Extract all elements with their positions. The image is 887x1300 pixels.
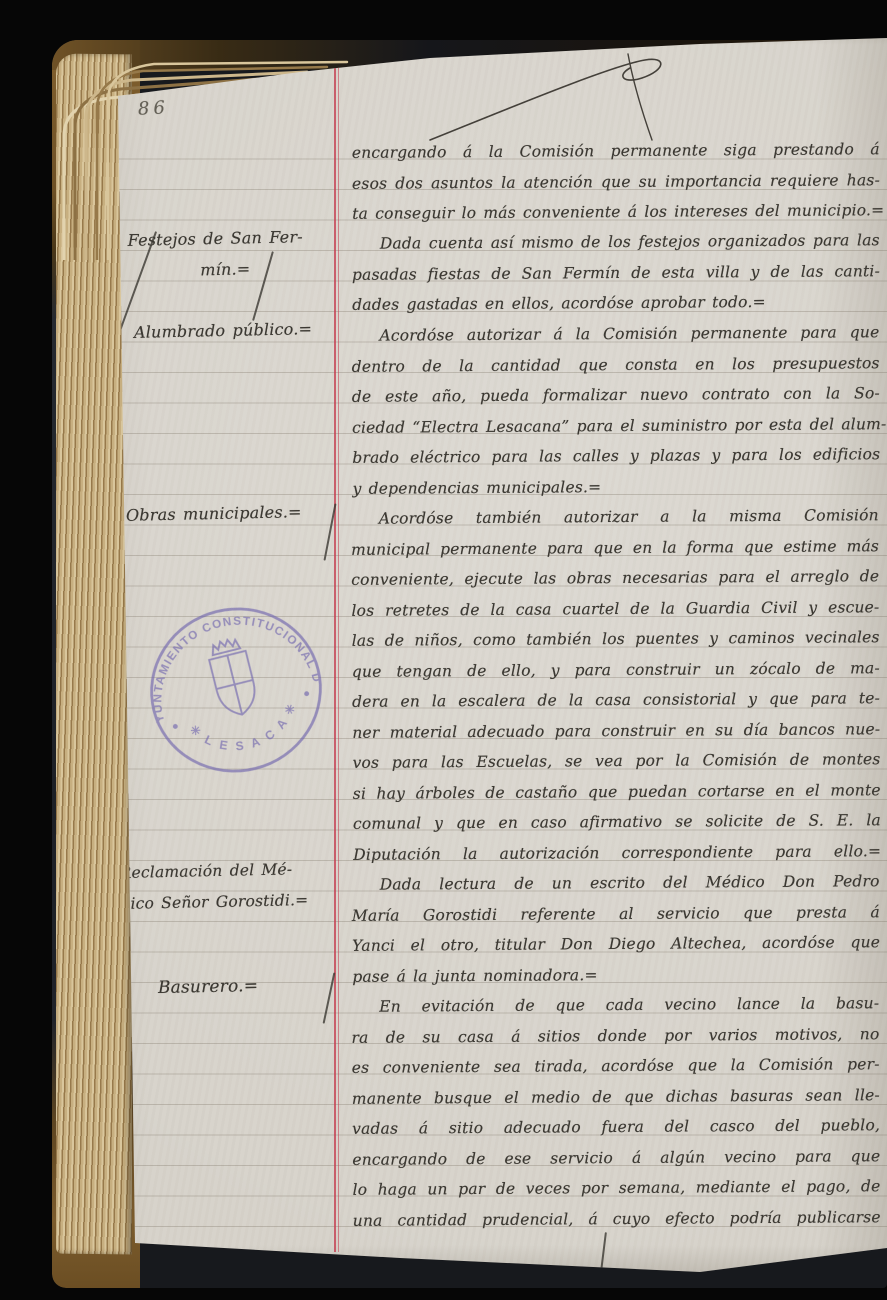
manuscript-page: 86 Festejos de San Fer- mín.= Alumbrado … [0,0,887,1300]
photographed-minutes-book: 86 Festejos de San Fer- mín.= Alumbrado … [0,0,887,1300]
text-line: de este año, pueda formalizar nuevo cont… [352,378,880,412]
text-line: municipal permanente para que en la form… [351,531,879,565]
text-line: María Gorostidi referente al servicio qu… [352,897,880,931]
margin-note-basurero: Basurero.= [158,971,259,1004]
text-line: conveniente, ejecute las obras necesaria… [351,561,879,595]
text-line: Yanci el otro, titular Don Diego Alteche… [352,927,880,961]
text-line: pasadas fiestas de San Fermín de esta vi… [352,256,880,290]
margin-note-reclamacion: Reclamación del Mé- dico Señor Gorostidi… [119,854,308,919]
text-line: es conveniente sea tirada, acordóse que … [352,1049,880,1083]
text-line: que tengan de ello, y para construir un … [352,653,880,687]
text-line: una cantidad prudencial, á cuyo efecto p… [353,1202,881,1236]
margin-note-line: Obras municipales.= [126,497,302,531]
text-line: ner material adecuado para construir en … [352,714,880,748]
paragraph-reclamacion: Dada lectura de un escrito del Médico Do… [352,866,881,992]
paragraph-festejos: Dada cuenta así mismo de los festejos or… [352,225,881,320]
margin-note-line: Reclamación del Mé- [119,854,308,888]
text-line: dentro de la cantidad que consta en los … [352,348,880,382]
margin-note-line: Basurero.= [158,971,259,1004]
red-margin-rule [334,60,336,1252]
text-line: lo haga un par de veces por semana, medi… [352,1171,880,1205]
margin-note-line: mín.= [128,253,304,287]
text-line: ra de su casa á sitios donde por varios … [351,1019,879,1053]
text-line: ciedad “Electra Lesacana” para el sumini… [352,409,880,443]
stamp-bottom-text: ✳ L E S A C A ✳ [185,697,308,765]
text-line: pase á la junta nominadora.= [352,958,880,992]
text-line: encargando á la Comisión permanente siga… [352,134,880,168]
margin-note-obras: Obras municipales.= [126,497,302,531]
text-line: En evitación de que cada vecino lance la… [351,988,879,1022]
text-line: y dependencias municipales.= [352,470,880,504]
margin-note-alumbrado: Alumbrado público.= [134,314,313,348]
text-line: Diputación la autorización correspondien… [353,836,881,870]
text-line: comunal y que en caso afirmativo se soli… [353,805,881,839]
margin-note-line: dico Señor Gorostidi.= [120,885,309,919]
paragraph-alumbrado: Acordóse autorizar á la Comisión permane… [351,317,880,504]
text-line: manente busque el medio de que dichas ba… [352,1080,880,1114]
text-line: Acordóse también autorizar a la misma Co… [351,500,879,534]
paraph-flourish-icon [420,48,680,148]
text-line: Dada cuenta así mismo de los festejos or… [352,225,880,259]
svg-text:✳ L E S A C A ✳: ✳ L E S A C A ✳ [185,697,308,765]
text-line: vadas á sitio adecuado fuera del casco d… [352,1110,880,1144]
text-line: vos para las Escuelas, se vea por la Com… [352,744,880,778]
text-line: Acordóse autorizar á la Comisión permane… [351,317,879,351]
text-line: esos dos asuntos la atención que su impo… [352,165,880,199]
text-line: Dada lectura de un escrito del Médico Do… [352,866,880,900]
text-line: encargando de ese servicio á algún vecin… [352,1141,880,1175]
text-line: si hay árboles de castaño que puedan cor… [353,775,881,809]
text-line: los retretes de la casa cuartel de la Gu… [351,592,879,626]
text-line: ta conseguir lo más conveniente á los in… [352,195,880,229]
text-line: dera en la escalera de la casa consistor… [352,683,880,717]
margin-note-line: Alumbrado público.= [134,314,313,348]
paragraph-basurero: En evitación de que cada vecino lance la… [351,988,881,1236]
coat-of-arms-icon [205,636,260,719]
red-margin-rule-inner [338,60,339,1252]
paragraph-continuation: encargando á la Comisión permanente siga… [352,134,881,229]
paragraph-obras: Acordóse también autorizar a la misma Co… [351,500,882,870]
text-line: brado eléctrico para las calles y plazas… [352,439,880,473]
text-line: dades gastadas en ellos, acordóse aproba… [352,286,880,320]
pencil-page-number: 86 [137,97,169,120]
text-line: las de niños, como también los puentes y… [352,622,880,656]
